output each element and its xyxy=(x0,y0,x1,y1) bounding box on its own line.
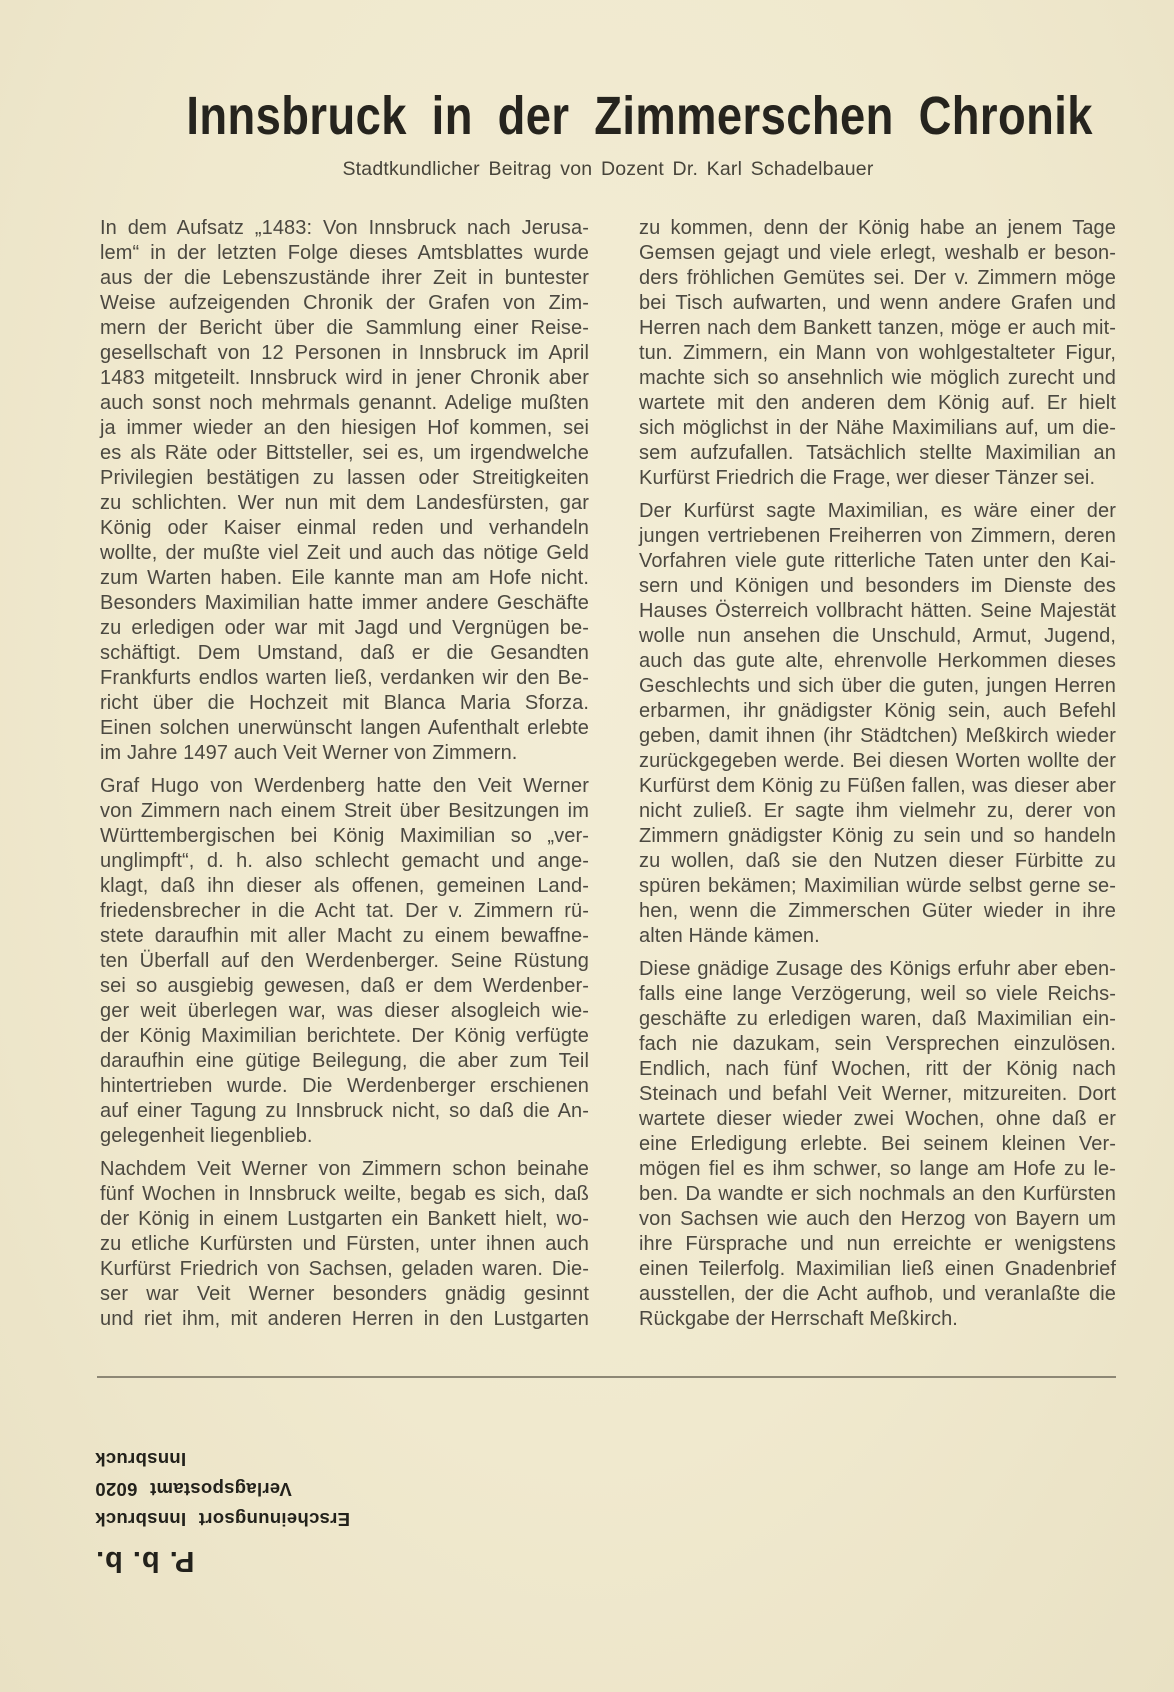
text-line: Vorfahren viele gute ritterliche Taten u… xyxy=(639,549,1116,574)
text-line: der König in einem Lustgarten ein Banket… xyxy=(100,1207,589,1232)
text-line: Endlich, nach fünf Wochen, ritt der Köni… xyxy=(639,1057,1116,1082)
text-line: stete daraufhin mit aller Macht zu einem… xyxy=(100,924,589,949)
text-line: Gemsen gejagt und viele erlegt, weshalb … xyxy=(639,241,1116,266)
paragraph: Diese gnädige Zusage des Königs erfuhr a… xyxy=(639,957,1116,1332)
text-line: zurückgegeben werde. Bei diesen Worten w… xyxy=(639,749,1116,774)
text-line: ser war Veit Werner besonders gnädig ges… xyxy=(100,1282,589,1307)
paragraph: Nachdem Veit Werner von Zimmern schon be… xyxy=(100,1157,589,1332)
text-line: eine Erledigung erlebte. Bei seinem klei… xyxy=(639,1132,1116,1157)
text-line: Weise aufzeigenden Chronik der Grafen vo… xyxy=(100,291,589,316)
text-line: ben. Da wandte er sich nochmals an den K… xyxy=(639,1182,1116,1207)
text-line: von Zimmern nach einem Streit über Besit… xyxy=(100,799,589,824)
text-line: ders fröhlichen Gemütes sei. Der v. Zimm… xyxy=(639,266,1116,291)
page-title: Innsbruck in der Zimmerschen Chronik xyxy=(186,88,1093,144)
text-line: wollte, der mußte viel Zeit und auch das… xyxy=(100,541,589,566)
text-line: einen Teilerfolg. Maximilian ließ einen … xyxy=(639,1257,1116,1282)
text-line: nicht zuließ. Er sagte ihm vielmehr zu, … xyxy=(639,799,1116,824)
text-line: sem aufzufallen. Tatsächlich stellte Max… xyxy=(639,441,1116,466)
text-line: ja immer wieder an den hiesigen Hof komm… xyxy=(100,416,589,441)
text-line: geschäfte zu erledigen waren, daß Maximi… xyxy=(639,1007,1116,1032)
text-line: auch das gute alte, ehrenvolle Herkommen… xyxy=(639,649,1116,674)
text-column-right: zu kommen, denn der König habe an jenem … xyxy=(639,216,1116,1340)
text-line: schäftigt. Dem Umstand, daß er die Gesan… xyxy=(100,641,589,666)
text-line: wartete dieser wieder zwei Wochen, ohne … xyxy=(639,1107,1116,1132)
text-line: zu kommen, denn der König habe an jenem … xyxy=(639,216,1116,241)
text-line: fünf Wochen in Innsbruck weilte, begab e… xyxy=(100,1182,589,1207)
text-line: wartete mit den anderen dem König auf. E… xyxy=(639,391,1116,416)
text-line: sich möglichst in der Nähe Maximilians a… xyxy=(639,416,1116,441)
text-line: mern der Bericht über die Sammlung einer… xyxy=(100,316,589,341)
text-line: Privilegien bestätigen zu lassen oder St… xyxy=(100,466,589,491)
text-line: Nachdem Veit Werner von Zimmern schon be… xyxy=(100,1157,589,1182)
text-line: erbarmen, ihr gnädigster König sein, auc… xyxy=(639,699,1116,724)
text-line: sern und Königen und besonders im Dienst… xyxy=(639,574,1116,599)
text-line: Frankfurts endlos warten ließ, verdanken… xyxy=(100,666,589,691)
postal-imprint: P. b. b. Erscheinungsort Innsbruck Verla… xyxy=(95,1460,395,1578)
text-line: Besonders Maximilian hatte immer andere … xyxy=(100,591,589,616)
text-line: fach nie dazukam, sein Versprechen einzu… xyxy=(639,1032,1116,1057)
text-line: In dem Aufsatz „1483: Von Innsbruck nach… xyxy=(100,216,589,241)
text-line: 1483 mitgeteilt. Innsbruck wird in jener… xyxy=(100,366,589,391)
text-line: sei so ausgiebig gewesen, daß er dem Wer… xyxy=(100,974,589,999)
text-line: bei Tisch aufwarten, und wenn andere Gra… xyxy=(639,291,1116,316)
text-line: Graf Hugo von Werdenberg hatte den Veit … xyxy=(100,774,589,799)
text-line: geben, damit ihnen (ihr Städtchen) Meßki… xyxy=(639,724,1116,749)
text-line: ihre Fürsprache und nun erreichte er wen… xyxy=(639,1232,1116,1257)
text-line: zu schlichten. Wer nun mit dem Landesfür… xyxy=(100,491,589,516)
text-line: Württembergischen bei König Maximilian s… xyxy=(100,824,589,849)
text-line: lem“ in der letzten Folge dieses Amtsbla… xyxy=(100,241,589,266)
text-line: Kurfürst dem König zu Füßen fallen, was … xyxy=(639,774,1116,799)
text-line: Steinach und befahl Veit Werner, mitzure… xyxy=(639,1082,1116,1107)
text-line: Kurfürst Friedrich die Frage, wer dieser… xyxy=(639,466,1116,491)
text-line: Diese gnädige Zusage des Königs erfuhr a… xyxy=(639,957,1116,982)
text-line: klagt, daß ihn dieser als offenen, gemei… xyxy=(100,874,589,899)
article-subheader: Stadtkundlicher Beitrag von Dozent Dr. K… xyxy=(100,157,1116,181)
text-line: ausstellen, der die Acht aufhob, und ver… xyxy=(639,1282,1116,1307)
text-line: alten Hände kämen. xyxy=(639,924,1116,949)
text-line: friedensbrecher in die Acht tat. Der v. … xyxy=(100,899,589,924)
pbb-label: P. b. b. xyxy=(95,1544,395,1578)
text-line: Herren nach dem Bankett tanzen, möge er … xyxy=(639,316,1116,341)
text-line: aus der die Lebenszustände ihrer Zeit in… xyxy=(100,266,589,291)
footer-divider xyxy=(97,1376,1116,1378)
text-line: Einen solchen unerwünscht langen Aufenth… xyxy=(100,716,589,741)
text-line: zu erledigen oder war mit Jagd und Vergn… xyxy=(100,616,589,641)
text-line: Hauses Österreich vollbracht hätten. Sei… xyxy=(639,599,1116,624)
text-line: Rückgabe der Herrschaft Meßkirch. xyxy=(639,1307,1116,1332)
text-line: gesellschaft von 12 Personen in Innsbruc… xyxy=(100,341,589,366)
document-page: Innsbruck in der Zimmerschen Chronik Sta… xyxy=(0,0,1174,1692)
article-header: Innsbruck in der Zimmerschen Chronik xyxy=(100,88,1116,144)
text-line: zu wollen, daß sie den Nutzen dieser Für… xyxy=(639,849,1116,874)
text-line: machte sich so ansehnlich wie möglich zu… xyxy=(639,366,1116,391)
text-line: jungen vertriebenen Freiherren von Zimme… xyxy=(639,524,1116,549)
text-line: Zimmern gnädigster König zu sein und so … xyxy=(639,824,1116,849)
article-subtitle: Stadtkundlicher Beitrag von Dozent Dr. K… xyxy=(342,158,873,180)
text-line: Kurfürst Friedrich von Sachsen, geladen … xyxy=(100,1257,589,1282)
text-line: mögen fiel es ihm schwer, so lange am Ho… xyxy=(639,1157,1116,1182)
text-line: der König Maximilian berichtete. Der Kön… xyxy=(100,1024,589,1049)
text-line: unglimpft“, d. h. also schlecht gemacht … xyxy=(100,849,589,874)
text-line: spüren bekämen; Maximilian würde selbst … xyxy=(639,874,1116,899)
text-line: richt über die Hochzeit mit Blanca Maria… xyxy=(100,691,589,716)
publication-place-line: Erscheinungsort Innsbruck xyxy=(95,1504,395,1534)
paragraph: Graf Hugo von Werdenberg hatte den Veit … xyxy=(100,774,589,1149)
text-line: hen, wenn die Zimmerschen Güter wieder i… xyxy=(639,899,1116,924)
text-column-left: In dem Aufsatz „1483: Von Innsbruck nach… xyxy=(100,216,589,1340)
text-line: es als Räte oder Bittsteller, sei es, um… xyxy=(100,441,589,466)
text-line: Der Kurfürst sagte Maximilian, es wäre e… xyxy=(639,499,1116,524)
text-line: von Sachsen wie auch den Herzog von Baye… xyxy=(639,1207,1116,1232)
text-line: tun. Zimmern, ein Mann von wohlgestaltet… xyxy=(639,341,1116,366)
paragraph: In dem Aufsatz „1483: Von Innsbruck nach… xyxy=(100,216,589,766)
text-line: im Jahre 1497 auch Veit Werner von Zimme… xyxy=(100,741,589,766)
paragraph: Der Kurfürst sagte Maximilian, es wäre e… xyxy=(639,499,1116,949)
text-line: Geschlechts und sich über die guten, jun… xyxy=(639,674,1116,699)
text-line: daraufhin eine gütige Beilegung, die abe… xyxy=(100,1049,589,1074)
paragraph: zu kommen, denn der König habe an jenem … xyxy=(639,216,1116,491)
text-line: und riet ihm, mit anderen Herren in den … xyxy=(100,1307,589,1332)
text-line: hintertrieben wurde. Die Werdenberger er… xyxy=(100,1074,589,1099)
text-line: zu etliche Kurfürsten und Fürsten, unter… xyxy=(100,1232,589,1257)
text-line: ger weit überlegen war, was dieser alsog… xyxy=(100,999,589,1024)
text-line: wolle nun ansehen die Unschuld, Armut, J… xyxy=(639,624,1116,649)
post-office-line: Verlagspostamt 6020 Innsbruck xyxy=(95,1444,395,1504)
text-line: auf einer Tagung zu Innsbruck nicht, so … xyxy=(100,1099,589,1124)
text-line: falls eine lange Verzögerung, weil so vi… xyxy=(639,982,1116,1007)
text-line: gelegenheit liegenblieb. xyxy=(100,1124,589,1149)
text-line: König oder Kaiser einmal reden und verha… xyxy=(100,516,589,541)
text-line: zum Warten haben. Eile kannte man am Hof… xyxy=(100,566,589,591)
text-line: ten Überfall auf den Werdenberger. Seine… xyxy=(100,949,589,974)
text-line: auch sonst noch mehrmals genannt. Adelig… xyxy=(100,391,589,416)
